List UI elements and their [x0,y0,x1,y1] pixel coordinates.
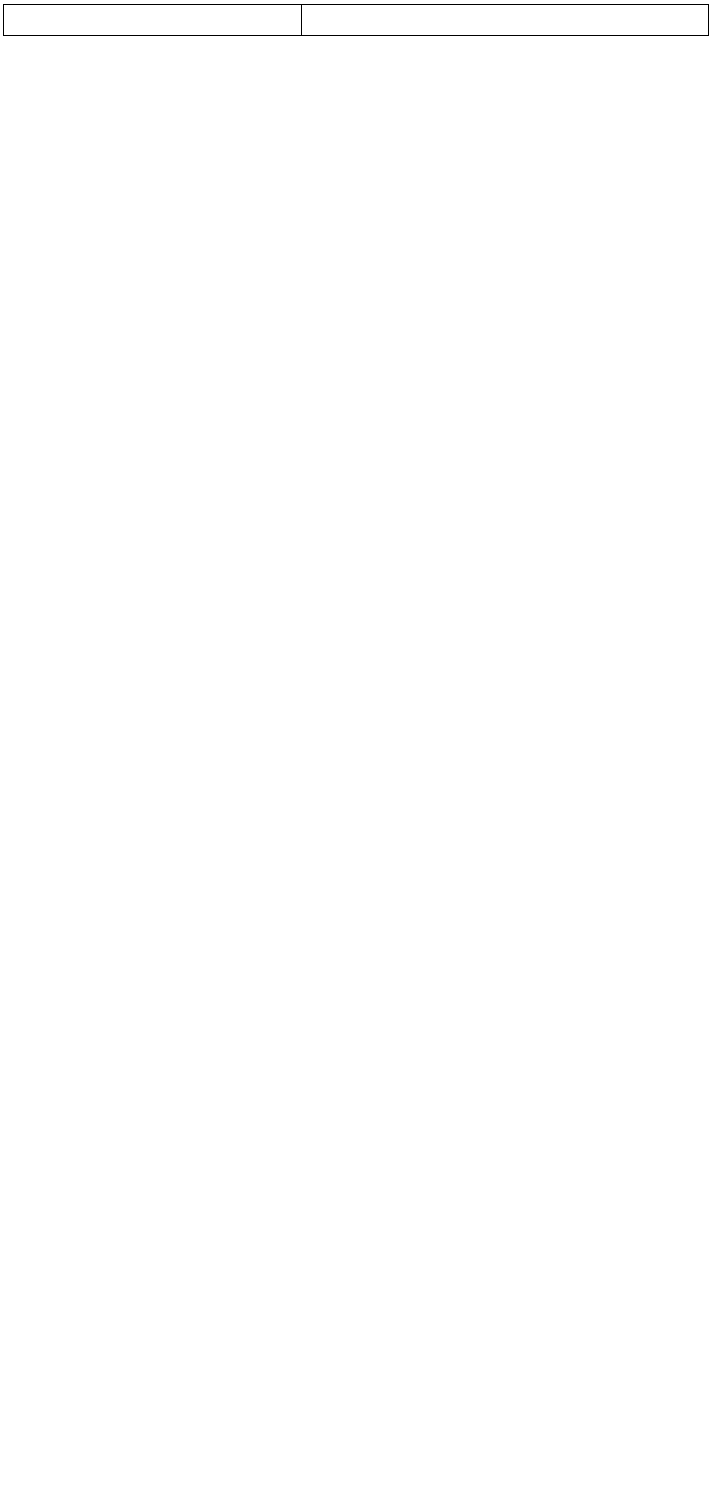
table-header-row [4,5,709,36]
header-phone [302,5,709,36]
contact-table [3,4,709,36]
header-department-name [4,5,302,36]
